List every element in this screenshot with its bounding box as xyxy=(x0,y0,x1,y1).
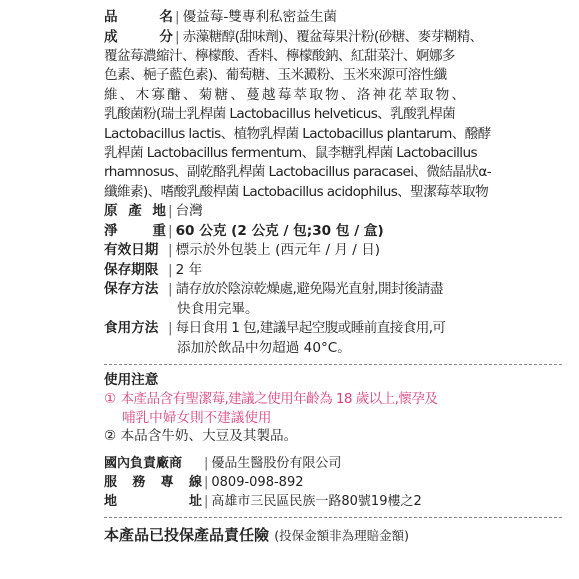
insurance-statement: 本產品已投保產品責任險 (投保金額非為理賠金額) xyxy=(104,523,564,548)
ingredients-line: 乳桿菌 Lactobacillus fermentum、鼠李糖乳桿菌 Lacto… xyxy=(104,144,564,163)
separator: | xyxy=(168,241,173,261)
distributor-row: 國內負責廠商 | 優品生醫股份有限公司 xyxy=(104,454,564,473)
warning-note-2: ② 本品含牛奶、大豆及其製品。 xyxy=(104,427,564,446)
shelf-life-value: 2 年 xyxy=(176,261,564,281)
ingredients-line: 乳酸菌粉(瑞士乳桿菌 Lactobacillus helveticus、乳酸乳桿… xyxy=(104,105,564,124)
hotline-value: 0809-098-892 xyxy=(211,473,564,492)
dashed-divider xyxy=(104,364,562,365)
expiry-row: 有效日期 | 標示於外包裝上 (西元年 / 月 / 日) xyxy=(104,241,564,261)
ingredients-block: 成 分 | 赤藻糖醇(甜味劑)、覆盆莓果汁粉(砂糖、麥芽糊精、 覆盆莓濃縮汁、檸… xyxy=(104,28,564,203)
product-name-row: 品 名 | 優益莓-雙專利私密益生菌 xyxy=(104,8,564,28)
origin-row: 原 產 地 | 台灣 xyxy=(104,202,564,222)
separator: | xyxy=(168,280,173,300)
usage-line: 添加於飲品中勿超過 40°C。 xyxy=(104,339,564,358)
ingredients-line: 覆盆莓濃縮汁、檸檬酸、香料、檸檬酸鈉、紅甜菜汁、婀娜多 xyxy=(104,47,564,66)
insurance-note: (投保金額非為理賠金額) xyxy=(274,528,409,543)
net-weight-label: 淨 重 xyxy=(104,222,166,242)
ingredients-line: 維、木寡醣、菊糖、蔓越莓萃取物、洛神花萃取物、 xyxy=(104,86,564,105)
shelf-life-label: 保存期限 xyxy=(104,261,166,281)
storage-line: 快食用完畢。 xyxy=(104,300,564,319)
net-weight-value: 60 公克 (2 公克 / 包;30 包 / 盒) xyxy=(176,222,564,242)
ingredients-line: 赤藻糖醇(甜味劑)、覆盆莓果汁粉(砂糖、麥芽糊精、 xyxy=(183,28,564,48)
ingredients-line: 色素、梔子藍色素)、葡萄糖、玉米澱粉、玉米來源可溶性纖 xyxy=(104,66,564,85)
separator: | xyxy=(204,454,208,473)
storage-line: 請存放於陰涼乾燥處,避免陽光直射,開封後請盡 xyxy=(176,280,564,300)
origin-value: 台灣 xyxy=(176,202,564,222)
separator: | xyxy=(175,28,180,48)
address-value: 高雄市三民區民族一路80號19樓之2 xyxy=(211,492,564,511)
origin-label: 原 產 地 xyxy=(104,202,166,222)
shelf-life-row: 保存期限 | 2 年 xyxy=(104,261,564,281)
circled-one-icon: ① xyxy=(104,391,116,407)
separator: | xyxy=(204,492,208,511)
address-row: 地 址 | 高雄市三民區民族一路80號19樓之2 xyxy=(104,492,564,511)
separator: | xyxy=(168,319,173,339)
ingredients-line: 纖維素)、嗜酸乳酸桿菌 Lactobacillus acidophilus、聖潔… xyxy=(104,183,564,202)
ingredients-label: 成 分 xyxy=(104,28,173,48)
hotline-row: 服 務 專 線 | 0809-098-892 xyxy=(104,473,564,492)
separator: | xyxy=(168,202,173,222)
product-label-document: 品 名 | 優益莓-雙專利私密益生菌 成 分 | 赤藻糖醇(甜味劑)、覆盆莓果汁… xyxy=(104,8,564,548)
net-weight-row: 淨 重 | 60 公克 (2 公克 / 包;30 包 / 盒) xyxy=(104,222,564,242)
circled-two-icon: ② xyxy=(104,428,116,444)
usage-block: 食用方法 | 每日食用 1 包,建議早起空腹或睡前直接食用,可 添加於飲品中勿超… xyxy=(104,319,564,358)
notes-title: 使用注意 xyxy=(104,370,564,390)
hotline-label: 服 務 專 線 xyxy=(104,473,202,492)
ingredients-line: rhamnosus、副乾酪乳桿菌 Lactobacillus paracasei… xyxy=(104,163,564,182)
storage-label: 保存方法 xyxy=(104,280,166,300)
dashed-divider xyxy=(104,517,562,518)
product-name-value: 優益莓-雙專利私密益生菌 xyxy=(183,8,564,28)
ingredients-line: Lactobacillus lactis、植物乳桿菌 Lactobacillus… xyxy=(104,125,564,144)
usage-line: 每日食用 1 包,建議早起空腹或睡前直接食用,可 xyxy=(176,319,564,339)
product-name-label: 品 名 xyxy=(104,8,173,28)
expiry-value: 標示於外包裝上 (西元年 / 月 / 日) xyxy=(176,241,564,261)
insurance-main: 本產品已投保產品責任險 xyxy=(104,526,269,544)
warning-note-1: ① 本產品含有聖潔莓,建議之使用年齡為 18 歲以上,懷孕及 哺乳中婦女則不建議… xyxy=(104,390,564,427)
company-info: 國內負責廠商 | 優品生醫股份有限公司 服 務 專 線 | 0809-098-8… xyxy=(104,454,564,511)
expiry-label: 有效日期 xyxy=(104,241,166,261)
separator: | xyxy=(168,222,173,242)
address-label: 地 址 xyxy=(104,492,202,511)
distributor-value: 優品生醫股份有限公司 xyxy=(211,454,564,473)
separator: | xyxy=(168,261,173,281)
distributor-label: 國內負責廠商 xyxy=(104,454,202,473)
storage-block: 保存方法 | 請存放於陰涼乾燥處,避免陽光直射,開封後請盡 快食用完畢。 xyxy=(104,280,564,319)
separator: | xyxy=(175,8,180,28)
usage-label: 食用方法 xyxy=(104,319,166,339)
separator: | xyxy=(204,473,208,492)
